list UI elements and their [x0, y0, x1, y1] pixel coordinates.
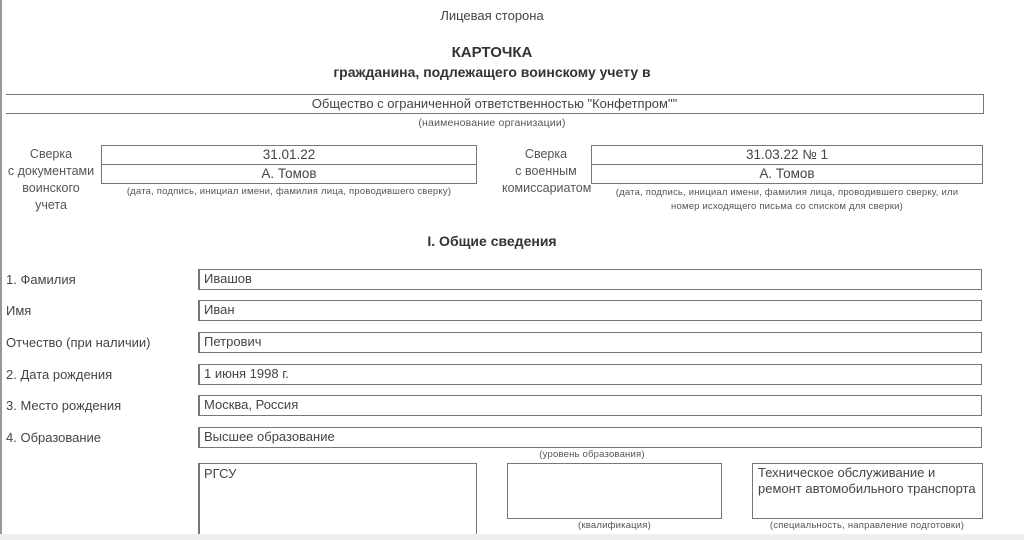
birth-place-label: 3. Место рождения: [6, 398, 121, 413]
qualification-field[interactable]: [507, 463, 722, 519]
birth-date-label: 2. Дата рождения: [6, 367, 112, 382]
patronymic-field[interactable]: Петрович: [198, 332, 982, 353]
check-documents-caption: (дата, подпись, инициал имени, фамилия л…: [101, 186, 477, 197]
organization-caption: (наименование организации): [2, 117, 982, 129]
side-label: Лицевая сторона: [2, 8, 982, 23]
name-label: Имя: [6, 303, 31, 318]
patronymic-label: Отчество (при наличии): [6, 335, 150, 350]
education-level-field[interactable]: Высшее образование: [198, 427, 982, 448]
check-commissariat-caption: (дата, подпись, инициал имени, фамилия л…: [591, 186, 983, 214]
check-documents-label: Сверка с документами воинского учета: [2, 146, 100, 214]
check-documents-person: А. Томов: [102, 165, 476, 182]
institution-field[interactable]: РГСУ: [198, 463, 477, 534]
qualification-caption: (квалификация): [507, 520, 722, 531]
specialty-caption: (специальность, направление подготовки): [742, 520, 992, 531]
card-title: КАРТОЧКА: [2, 44, 982, 61]
check-commissariat-date-field[interactable]: 31.03.22 № 1: [591, 145, 983, 165]
specialty-field[interactable]: Техническое обслуживание и ремонт автомо…: [752, 463, 983, 519]
surname-label: 1. Фамилия: [6, 272, 76, 287]
check-commissariat-person-field[interactable]: А. Томов: [591, 164, 983, 184]
card-subtitle: гражданина, подлежащего воинскому учету …: [2, 64, 982, 80]
education-label: 4. Образование: [6, 430, 101, 445]
check-commissariat-date: 31.03.22 № 1: [592, 146, 982, 163]
surname-field[interactable]: Ивашов: [198, 269, 982, 290]
birth-place-field[interactable]: Москва, Россия: [198, 395, 982, 416]
education-level-caption: (уровень образования): [502, 449, 682, 460]
section-title: I. Общие сведения: [2, 233, 982, 249]
military-registration-card: Лицевая сторона КАРТОЧКА гражданина, под…: [0, 0, 1024, 534]
organization-field[interactable]: Общество с ограниченной ответственностью…: [6, 94, 984, 114]
check-commissariat-label: Сверка с военным комиссариатом: [502, 146, 590, 197]
name-field[interactable]: Иван: [198, 300, 982, 321]
check-commissariat-person: А. Томов: [592, 165, 982, 182]
organization-value: Общество с ограниченной ответственностью…: [6, 95, 983, 112]
birth-date-field[interactable]: 1 июня 1998 г.: [198, 364, 982, 385]
check-documents-person-field[interactable]: А. Томов: [101, 164, 477, 184]
check-documents-date-field[interactable]: 31.01.22: [101, 145, 477, 165]
check-documents-date: 31.01.22: [102, 146, 476, 163]
